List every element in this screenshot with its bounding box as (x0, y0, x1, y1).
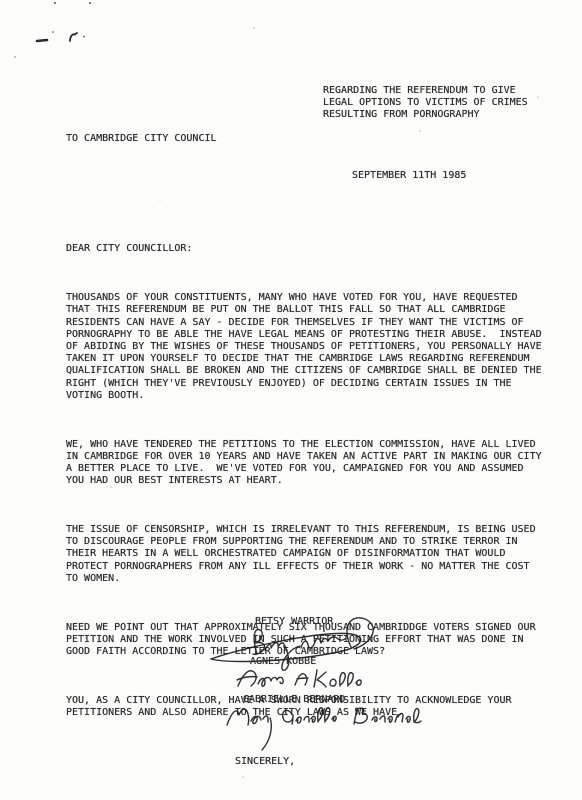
closing-line: SINCERELY, (66, 756, 582, 768)
agnes-kobbe-signature (235, 664, 370, 696)
scanned-letter-page: REGARDING THE REFERENDUM TO GIVE LEGAL O… (0, 0, 582, 800)
salutation: DEAR CITY COUNCILLOR: (66, 243, 582, 255)
date-line: SEPTEMBER 11TH 1985 (352, 170, 466, 182)
body-paragraph: THOUSANDS OF YOUR CONSTITUENTS, MANY WHO… (66, 292, 582, 402)
body-paragraph: THE ISSUE OF CENSORSHIP, WHICH IS IRRELE… (66, 524, 582, 585)
body-paragraph: WE, WHO HAVE TENDERED THE PETITIONS TO T… (66, 439, 582, 488)
subject-block: REGARDING THE REFERENDUM TO GIVE LEGAL O… (323, 85, 528, 122)
mary-gabrielle-bernard-signature (222, 698, 437, 753)
recipient-line: TO CAMBRIDGE CITY COUNCIL (66, 133, 217, 145)
